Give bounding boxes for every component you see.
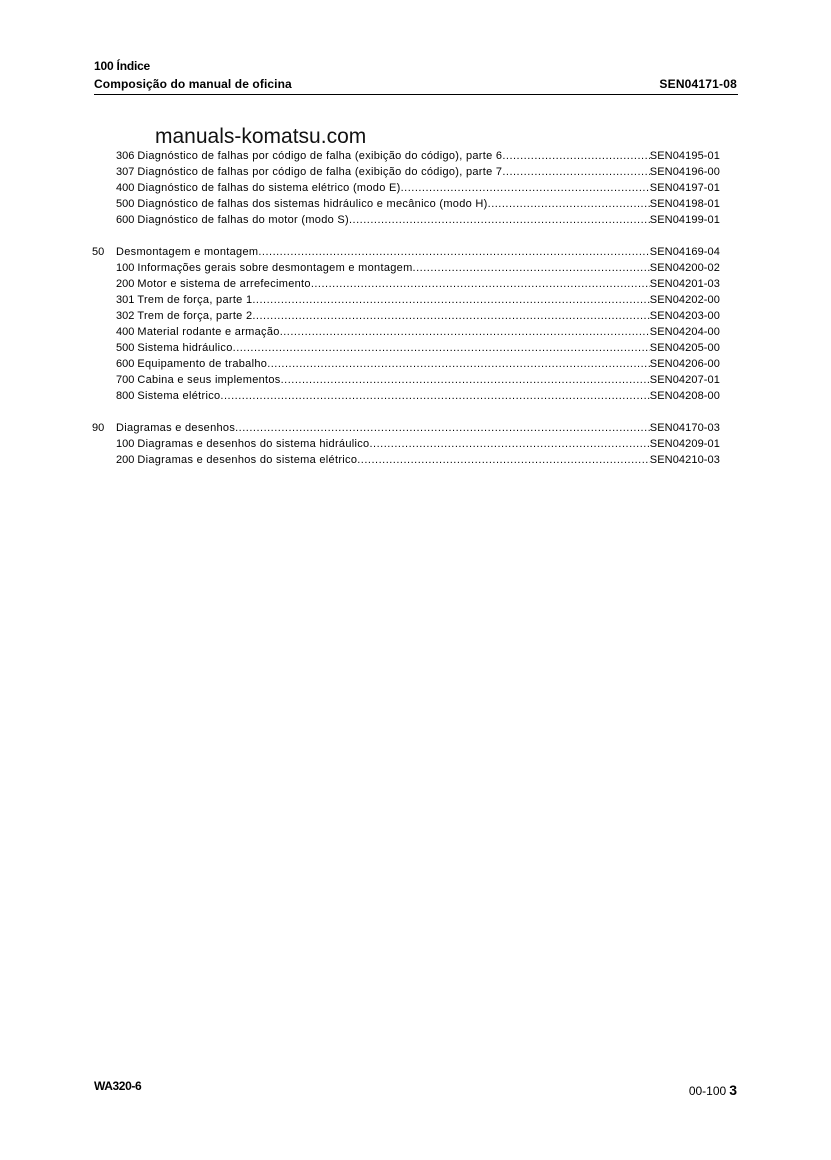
dot-leader [280,324,650,340]
toc-entry-number: 100 [116,436,134,452]
toc-entry-number: 500 [116,340,134,356]
toc-entry[interactable]: 200 Motor e sistema de arrefecimento SEN… [92,276,720,292]
toc-entry[interactable]: 800 Sistema elétrico SEN04208-00 [92,388,720,404]
toc-entry-code: SEN04201-03 [650,276,720,292]
dot-leader [311,276,650,292]
dot-leader [488,196,650,212]
toc-entry-code: SEN04206-00 [650,356,720,372]
toc-entry-title: Diagnóstico de falhas dos sistemas hidrá… [137,196,487,212]
toc-entry-code: SEN04208-00 [650,388,720,404]
toc-entry-number: 600 [116,212,134,228]
toc-entry-title: Sistema hidráulico [137,340,232,356]
dot-leader [502,148,649,164]
toc-entry[interactable]: 700 Cabina e seus implementos SEN04207-0… [92,372,720,388]
toc-entry-title: Diagnóstico de falhas do sistema elétric… [137,180,400,196]
toc-entry-number: 800 [116,388,134,404]
dot-leader [235,420,650,436]
toc-section-code: SEN04170-03 [650,420,720,436]
page-footer-ref: 00-1003 [689,1082,737,1098]
toc-entry-code: SEN04200-02 [650,260,720,276]
toc-entry-code: SEN04199-01 [650,212,720,228]
toc-entry-code: SEN04207-01 [650,372,720,388]
toc-entry[interactable]: 400 Diagnóstico de falhas do sistema elé… [92,180,720,196]
toc-section-90[interactable]: 90 Diagramas e desenhos SEN04170-03 [92,420,720,436]
dot-leader [349,212,650,228]
toc-entry[interactable]: 500 Sistema hidráulico SEN04205-00 [92,340,720,356]
toc-entry-code: SEN04202-00 [650,292,720,308]
toc-entry-code: SEN04209-01 [650,436,720,452]
toc-entry[interactable]: 307 Diagnóstico de falhas por código de … [92,164,720,180]
toc-section-code: SEN04169-04 [650,244,720,260]
toc-entry[interactable]: 100 Informações gerais sobre desmontagem… [92,260,720,276]
toc-entry-number: 600 [116,356,134,372]
dot-leader [502,164,649,180]
toc-section-number: 50 [92,244,116,260]
toc-entry-title: Diagnóstico de falhas do motor (modo S) [137,212,349,228]
toc-entry[interactable]: 200 Diagramas e desenhos do sistema elét… [92,452,720,468]
toc-entry-number: 200 [116,276,134,292]
watermark-link[interactable]: manuals-komatsu.com [155,125,366,149]
toc-entry-title: Trem de força, parte 2 [137,308,252,324]
toc-entry-title: Diagnóstico de falhas por código de falh… [137,148,502,164]
page-subtitle: Composição do manual de oficina [94,77,292,91]
table-of-contents: 306 Diagnóstico de falhas por código de … [92,148,720,468]
toc-entry[interactable]: 600 Diagnóstico de falhas do motor (modo… [92,212,720,228]
toc-entry-title: Informações gerais sobre desmontagem e m… [137,260,412,276]
dot-leader [369,436,649,452]
toc-entry-code: SEN04203-00 [650,308,720,324]
page-number: 3 [729,1082,737,1098]
toc-entry-code: SEN04198-01 [650,196,720,212]
toc-entry[interactable]: 306 Diagnóstico de falhas por código de … [92,148,720,164]
dot-leader [252,292,649,308]
toc-entry[interactable]: 301 Trem de força, parte 1 SEN04202-00 [92,292,720,308]
toc-entry-number: 306 [116,148,134,164]
toc-entry[interactable]: 600 Equipamento de trabalho SEN04206-00 [92,356,720,372]
toc-entry-code: SEN04197-01 [650,180,720,196]
toc-section-title: Diagramas e desenhos [116,420,235,436]
toc-entry-title: Motor e sistema de arrefecimento [137,276,310,292]
toc-entry-code: SEN04204-00 [650,324,720,340]
toc-entry-code: SEN04210-03 [650,452,720,468]
toc-entry-number: 500 [116,196,134,212]
toc-entry-number: 200 [116,452,134,468]
dot-leader [258,244,649,260]
toc-entry-number: 400 [116,324,134,340]
dot-leader [233,340,650,356]
dot-leader [413,260,650,276]
machine-model: WA320-6 [94,1079,141,1093]
toc-entry-number: 301 [116,292,134,308]
manual-page: 100 Índice Composição do manual de ofici… [0,0,831,1160]
toc-entry-title: Diagramas e desenhos do sistema hidráuli… [137,436,369,452]
toc-entry-title: Material rodante e armação [137,324,279,340]
toc-entry[interactable]: 400 Material rodante e armação SEN04204-… [92,324,720,340]
dot-leader [220,388,649,404]
dot-leader [357,452,650,468]
toc-entry-number: 100 [116,260,134,276]
toc-entry-number: 400 [116,180,134,196]
toc-entry[interactable]: 302 Trem de força, parte 2 SEN04203-00 [92,308,720,324]
section-heading: 100 Índice [94,59,150,73]
toc-entry-number: 307 [116,164,134,180]
toc-section-title: Desmontagem e montagem [116,244,258,260]
toc-entry-title: Sistema elétrico [137,388,220,404]
header-divider [94,94,738,95]
toc-entry-code: SEN04196-00 [650,164,720,180]
toc-entry-title: Cabina e seus implementos [137,372,280,388]
toc-entry-number: 302 [116,308,134,324]
toc-entry-code: SEN04205-00 [650,340,720,356]
dot-leader [281,372,650,388]
toc-entry-title: Equipamento de trabalho [137,356,267,372]
dot-leader [401,180,650,196]
toc-entry-title: Diagramas e desenhos do sistema elétrico [137,452,357,468]
toc-entry-title: Diagnóstico de falhas por código de falh… [137,164,502,180]
toc-entry-code: SEN04195-01 [650,148,720,164]
dot-leader [267,356,650,372]
toc-entry[interactable]: 100 Diagramas e desenhos do sistema hidr… [92,436,720,452]
toc-entry[interactable]: 500 Diagnóstico de falhas dos sistemas h… [92,196,720,212]
toc-entry-title: Trem de força, parte 1 [137,292,252,308]
toc-section-number: 90 [92,420,116,436]
toc-entry-number: 700 [116,372,134,388]
dot-leader [252,308,649,324]
toc-section-50[interactable]: 50 Desmontagem e montagem SEN04169-04 [92,244,720,260]
document-code: SEN04171-08 [659,77,737,91]
page-reference: 00-100 [689,1084,726,1098]
